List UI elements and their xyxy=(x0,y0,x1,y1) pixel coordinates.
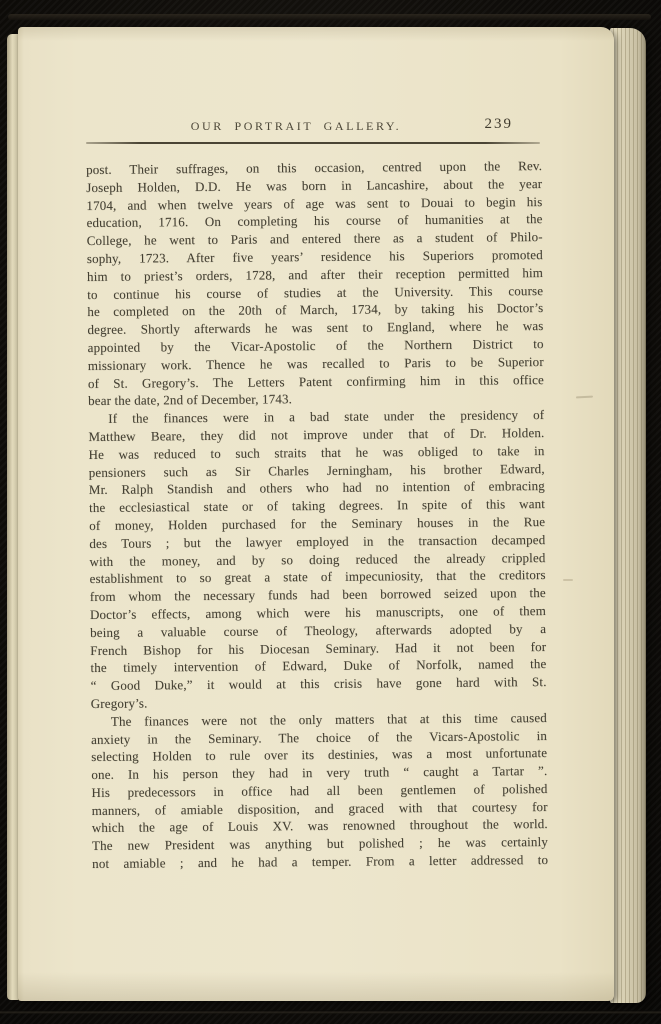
book-cover-background: OUR PORTRAIT GALLERY. 239 post. Their su… xyxy=(0,0,661,1024)
book-page: OUR PORTRAIT GALLERY. 239 post. Their su… xyxy=(18,27,614,1001)
page-edges-right xyxy=(610,28,646,1003)
scan-artifact-mark xyxy=(576,396,593,399)
page-number: 239 xyxy=(485,116,514,133)
scan-artifact-mark xyxy=(563,579,573,581)
running-title: OUR PORTRAIT GALLERY. xyxy=(191,119,401,134)
cover-edge-ridge-top xyxy=(8,14,651,20)
text-line: not amiable ; and he had a temper. From … xyxy=(92,851,548,873)
paragraph-3: The finances were not the only matters t… xyxy=(91,709,548,873)
page-text: post. Their suffrages, on this occasion,… xyxy=(86,157,548,873)
cover-edge-ridge-bottom xyxy=(0,1010,661,1014)
paragraph-1: post. Their suffrages, on this occasion,… xyxy=(86,157,544,410)
header-rule xyxy=(86,142,540,144)
running-header: OUR PORTRAIT GALLERY. 239 xyxy=(86,116,540,138)
paragraph-2: If the finances were in a bad state unde… xyxy=(88,406,547,713)
